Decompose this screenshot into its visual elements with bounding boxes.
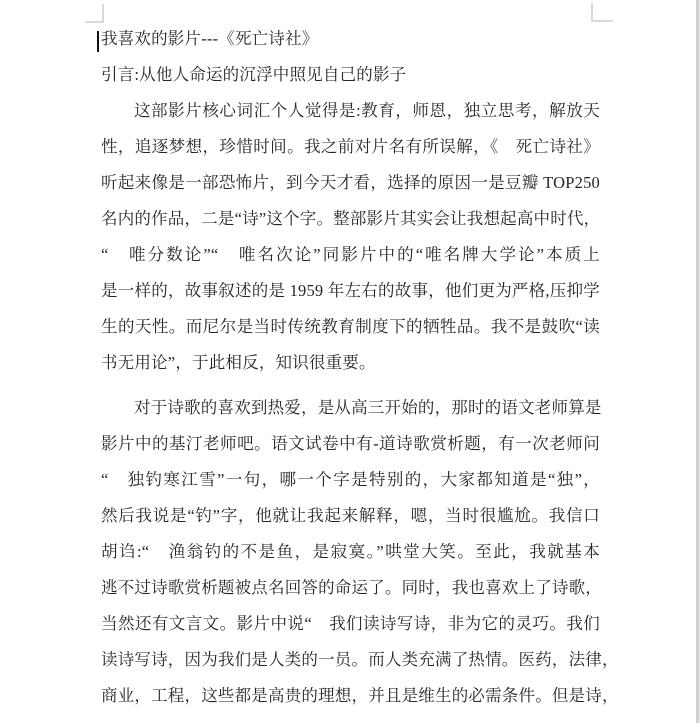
margin-crop-mark-top-right	[591, 3, 613, 22]
text-line[interactable]: “ 独钓寒江雪”一句，哪一个字是特别的，大家都知道是“独”，	[101, 462, 600, 498]
text-line[interactable]: “ 唯分数论”“ 唯名次论”同影片中的“唯名牌大学论”本质上	[101, 237, 600, 273]
text-line[interactable]: 对于诗歌的喜欢到热爱，是从高三开始的，那时的语文老师算是	[101, 390, 600, 426]
text-cursor	[97, 31, 99, 52]
text-line[interactable]: 名内的作品，二是“诗”这个字。整部影片其实会让我想起高中时代，	[101, 201, 600, 237]
text-line[interactable]: 然后我说是“钓”字，他就让我起来解释，嗯，当时很尴尬。我信口	[101, 498, 600, 534]
text-line[interactable]: 书无用论”，于此相反，知识很重要。	[101, 345, 600, 381]
document-text-area[interactable]: 我喜欢的影片---《死亡诗社》 引言:从他人命运的沉浮中照见自己的影子 这部影片…	[101, 21, 600, 714]
text-line[interactable]: 影片中的基汀老师吧。语文试卷中有-道诗歌赏析题，有一次老师问	[101, 426, 600, 462]
doc-title-line[interactable]: 我喜欢的影片---《死亡诗社》	[101, 21, 600, 57]
text-line[interactable]: 这部影片核心词汇个人觉得是:教育，师恩，独立思考，解放天	[101, 93, 600, 129]
document-page: 我喜欢的影片---《死亡诗社》 引言:从他人命运的沉浮中照见自己的影子 这部影片…	[0, 0, 700, 723]
text-line[interactable]: 当然还有文言文。影片中说“ 我们读诗写诗，非为它的灵巧。我们	[101, 606, 600, 642]
text-line[interactable]: 性，追逐梦想，珍惜时间。我之前对片名有所误解，《 死亡诗社》	[101, 129, 600, 165]
text-line[interactable]: 商业，工程，这些都是高贵的理想，并且是维生的必需条件。但是诗，	[101, 678, 600, 714]
text-line[interactable]: 听起来像是一部恐怖片，到今天才看，选择的原因一是豆瓣 TOP250	[101, 165, 600, 201]
text-line[interactable]: 胡诌:“ 渔翁钓的不是鱼，是寂寞。”哄堂大笑。至此，我就基本	[101, 534, 600, 570]
doc-intro-line[interactable]: 引言:从他人命运的沉浮中照见自己的影子	[101, 57, 600, 93]
text-line[interactable]: 逃不过诗歌赏析题被点名回答的命运了。同时，我也喜欢上了诗歌，	[101, 570, 600, 606]
text-line[interactable]: 读诗写诗，因为我们是人类的一员。而人类充满了热情。医药，法律，	[101, 642, 600, 678]
text-line[interactable]: 是一样的，故事叙述的是 1959 年左右的故事，他们更为严格,压抑学	[101, 273, 600, 309]
text-line[interactable]: 生的天性。而尼尔是当时传统教育制度下的牺牲品。我不是鼓吹“读	[101, 309, 600, 345]
page-edge	[696, 0, 700, 723]
